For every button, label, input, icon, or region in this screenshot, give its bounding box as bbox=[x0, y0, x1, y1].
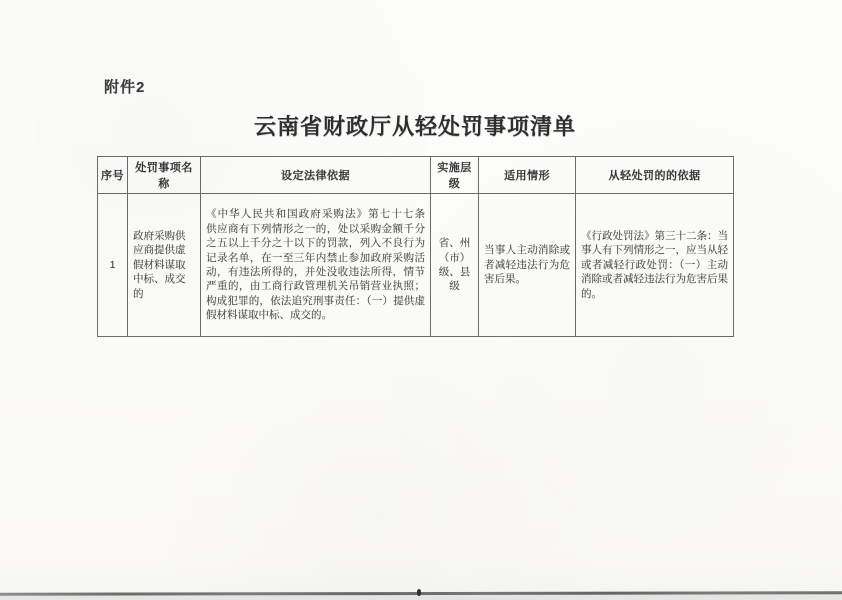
header-cell-item-name: 处罚事项名称 bbox=[128, 157, 201, 194]
header-cell-applicable-situation: 适用情形 bbox=[479, 157, 576, 194]
table-header-row: 序号 处罚事项名称 设定法律依据 实施层级 适用情形 从轻处罚的的依据 bbox=[98, 157, 734, 194]
scan-artifact bbox=[417, 589, 421, 596]
cell-item-name: 政府采购供应商提供虚假材料谋取中标、成交的 bbox=[128, 194, 201, 337]
cell-applicable-situation: 当事人主动消除或者减轻违法行为危害后果。 bbox=[479, 194, 576, 337]
header-cell-leniency-basis: 从轻处罚的的依据 bbox=[576, 157, 734, 194]
cell-legal-basis: 《中华人民共和国政府采购法》第七十七条 供应商有下列情形之一的，处以采购金额千分… bbox=[201, 194, 431, 337]
cell-index: 1 bbox=[98, 194, 128, 337]
header-cell-implementation-level: 实施层级 bbox=[431, 157, 479, 194]
document-title: 云南省财政厅从轻处罚事项清单 bbox=[97, 110, 733, 141]
header-cell-legal-basis: 设定法律依据 bbox=[201, 157, 431, 194]
attachment-label: 附件2 bbox=[104, 76, 145, 97]
penalty-items-table: 序号 处罚事项名称 设定法律依据 实施层级 适用情形 从轻处罚的的依据 1 政府… bbox=[97, 156, 734, 337]
scanned-page: 附件2 云南省财政厅从轻处罚事项清单 序号 处罚事项名称 设定法律依据 实施层级… bbox=[0, 0, 842, 600]
table-row: 1 政府采购供应商提供虚假材料谋取中标、成交的 《中华人民共和国政府采购法》第七… bbox=[98, 194, 734, 337]
header-cell-index: 序号 bbox=[98, 157, 128, 194]
cell-leniency-basis: 《行政处罚法》第三十二条：当事人有下列情形之一，应当从轻或者减轻行政处罚：（一）… bbox=[576, 194, 734, 337]
